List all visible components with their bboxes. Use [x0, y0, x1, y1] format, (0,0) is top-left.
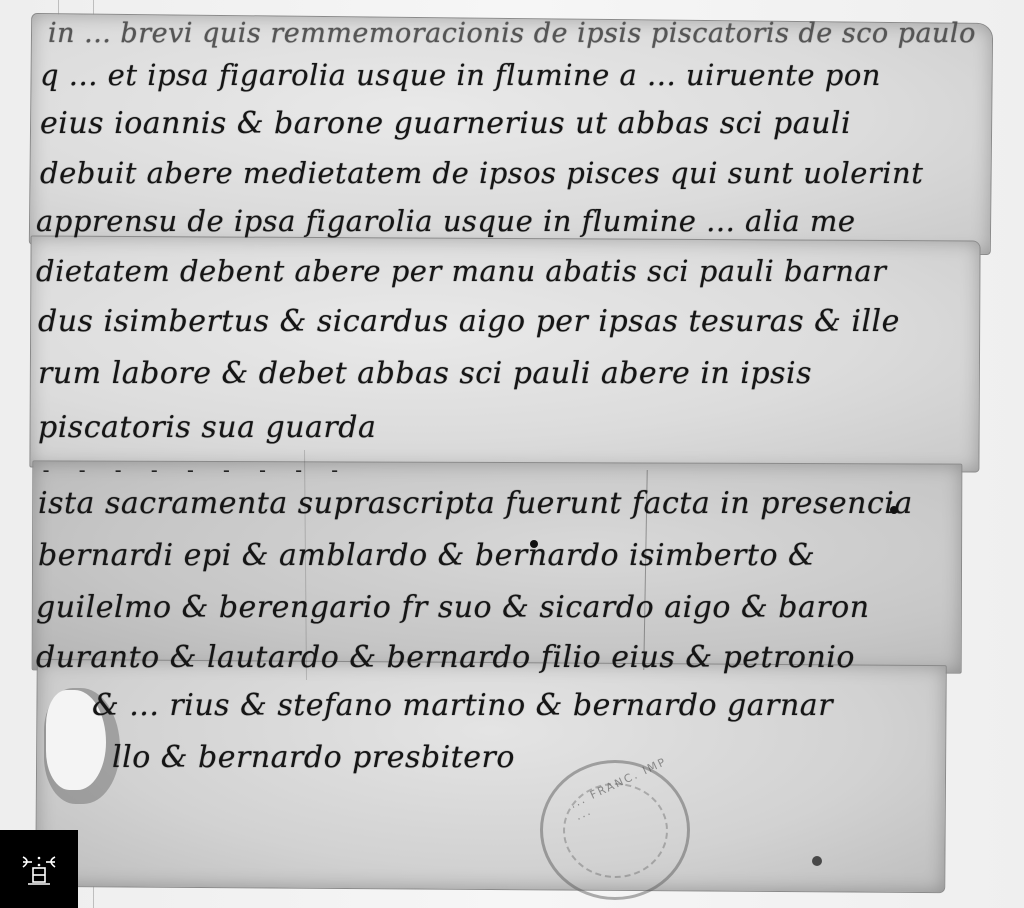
ink-blot [812, 856, 822, 866]
manuscript-line-5: apprensu de ipsa figarolia usque in flum… [36, 204, 856, 238]
manuscript-line-1: in ... brevi quis remmemoracionis de ips… [48, 18, 976, 49]
manuscript-line-10: ista sacramenta suprascripta fuerunt fac… [38, 486, 913, 521]
archive-logo-icon [19, 849, 59, 889]
manuscript-line-12: guilelmo & berengario fr suo & sicardo a… [36, 590, 870, 625]
separator-dashes: - - - - - - - - - [40, 458, 347, 482]
manuscript-line-11: bernardi epi & amblardo & bernardo isimb… [38, 538, 815, 573]
archive-logo[interactable] [0, 830, 78, 908]
manuscript-line-4: debuit abere medietatem de ipsos pisces … [40, 156, 923, 190]
manuscript-line-14: & ... rius & stefano martino & bernardo … [92, 688, 833, 723]
manuscript-line-2: q ... et ipsa figarolia usque in flumine… [40, 58, 881, 92]
library-stamp: ... FRANC. IMP ... [540, 760, 690, 900]
manuscript-line-8: rum labore & debet abbas sci pauli abere… [38, 356, 812, 391]
manuscript-line-7: dus isimbertus & sicardus aigo per ipsas… [38, 304, 900, 339]
manuscript-line-6: dietatem debent abere per manu abatis sc… [36, 254, 887, 288]
manuscript-line-3: eius ioannis & barone guarnerius ut abba… [40, 106, 851, 141]
ink-blot [890, 506, 898, 514]
manuscript-line-15: llo & bernardo presbitero [112, 740, 515, 775]
manuscript-line-9: piscatoris sua guarda [38, 410, 376, 445]
ink-blot [530, 540, 538, 548]
manuscript-line-13: duranto & lautardo & bernardo filio eius… [36, 640, 855, 675]
